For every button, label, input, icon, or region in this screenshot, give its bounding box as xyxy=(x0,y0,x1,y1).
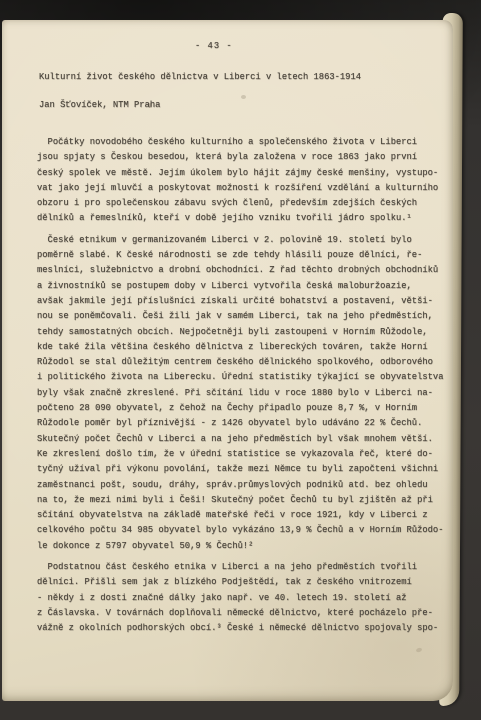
text-line: a živnostníků se postupem doby v Liberci… xyxy=(37,279,449,294)
text-line: vážně z okolních podhorských obcí.³ Česk… xyxy=(37,621,449,636)
text-line: celkového počtu 34 985 obyvatel bylo vyk… xyxy=(37,523,449,538)
paragraph: Podstatnou část českého etnika v Liberci… xyxy=(37,560,449,636)
document-page: - 43 - Kulturní život českého dělnictva … xyxy=(2,20,453,701)
text-line: avšak jakmile její příslušníci získali u… xyxy=(37,294,449,309)
paper-speck xyxy=(415,647,422,653)
text-line: le dokonce z 5797 obyvatel 50,9 % Čechů!… xyxy=(37,539,449,554)
text-line: vat jako její mluvčí a poskytovat možnos… xyxy=(37,181,449,196)
text-line: meslníci, služebnictvo a drobní obchodní… xyxy=(37,263,449,278)
text-line: jsou spjaty s Českou besedou, která byla… xyxy=(37,150,449,165)
page-number: - 43 - xyxy=(195,41,233,51)
text-line: tyčný užíval při výkonu povolání, takže … xyxy=(37,462,449,477)
text-line: Podstatnou část českého etnika v Liberci… xyxy=(37,560,449,575)
paragraph: Počátky novodobého českého kulturního a … xyxy=(37,135,449,227)
document-title: Kulturní život českého dělnictva v Liber… xyxy=(39,72,361,82)
text-line: tehdy samostatných obcích. Nejpočetněji … xyxy=(37,325,449,340)
paper-speck xyxy=(241,95,246,99)
text-line: byly však značně zkreslené. Při sčítání … xyxy=(37,386,449,401)
text-line: Skutečný počet Čechů v Liberci a na jeho… xyxy=(37,432,449,447)
text-line: na to, že mezi nimi byli i Češi! Skutečn… xyxy=(37,493,449,508)
text-line: Růžodole poměr byl příznivější - z 1426 … xyxy=(37,416,449,431)
text-line: i politického života na Liberecku. Úředn… xyxy=(37,370,449,385)
document-body: Počátky novodobého českého kulturního a … xyxy=(37,135,449,637)
text-line: dělníci. Přišli sem jak z blízkého Podje… xyxy=(37,575,449,590)
text-line: zaměstnanci pošt, soudu, dráhy, správ.pr… xyxy=(37,478,449,493)
text-line: nou se poněmčovali. Češi žili jak v samé… xyxy=(37,309,449,324)
paragraph: České etnikum v germanizovaném Liberci v… xyxy=(37,233,449,554)
text-line: Počátky novodobého českého kulturního a … xyxy=(37,135,449,150)
text-line: český spolek ve městě. Jejím úkolem bylo… xyxy=(37,166,449,181)
text-line: Růžodol se stal důležitým centrem českéh… xyxy=(37,355,449,370)
text-line: České etnikum v germanizovaném Liberci v… xyxy=(37,233,449,248)
text-line: - někdy i z dosti značné dálky jako např… xyxy=(37,591,449,606)
scanned-book-page-photo: - 43 - Kulturní život českého dělnictva … xyxy=(0,0,481,720)
document-author: Jan Šťovíček, NTM Praha xyxy=(39,100,160,110)
text-line: kde také žila většina českého dělnictva … xyxy=(37,340,449,355)
text-line: dělníků a řemeslníků, kteří v době jejíh… xyxy=(37,211,449,226)
text-line: Ke zkreslení došlo tím, že v úřední stat… xyxy=(37,447,449,462)
text-line: poměrně slabé. K české národnosti se zde… xyxy=(37,248,449,263)
text-line: z Čáslavska. V továrnách doplňovali něme… xyxy=(37,606,449,621)
text-line: sčítání obyvatelstva na základě mateřské… xyxy=(37,508,449,523)
text-line: počteno 28 090 obyvatel, z čehož na Čech… xyxy=(37,401,449,416)
text-line: obzoru i pro společenskou zábavu svých č… xyxy=(37,196,449,211)
